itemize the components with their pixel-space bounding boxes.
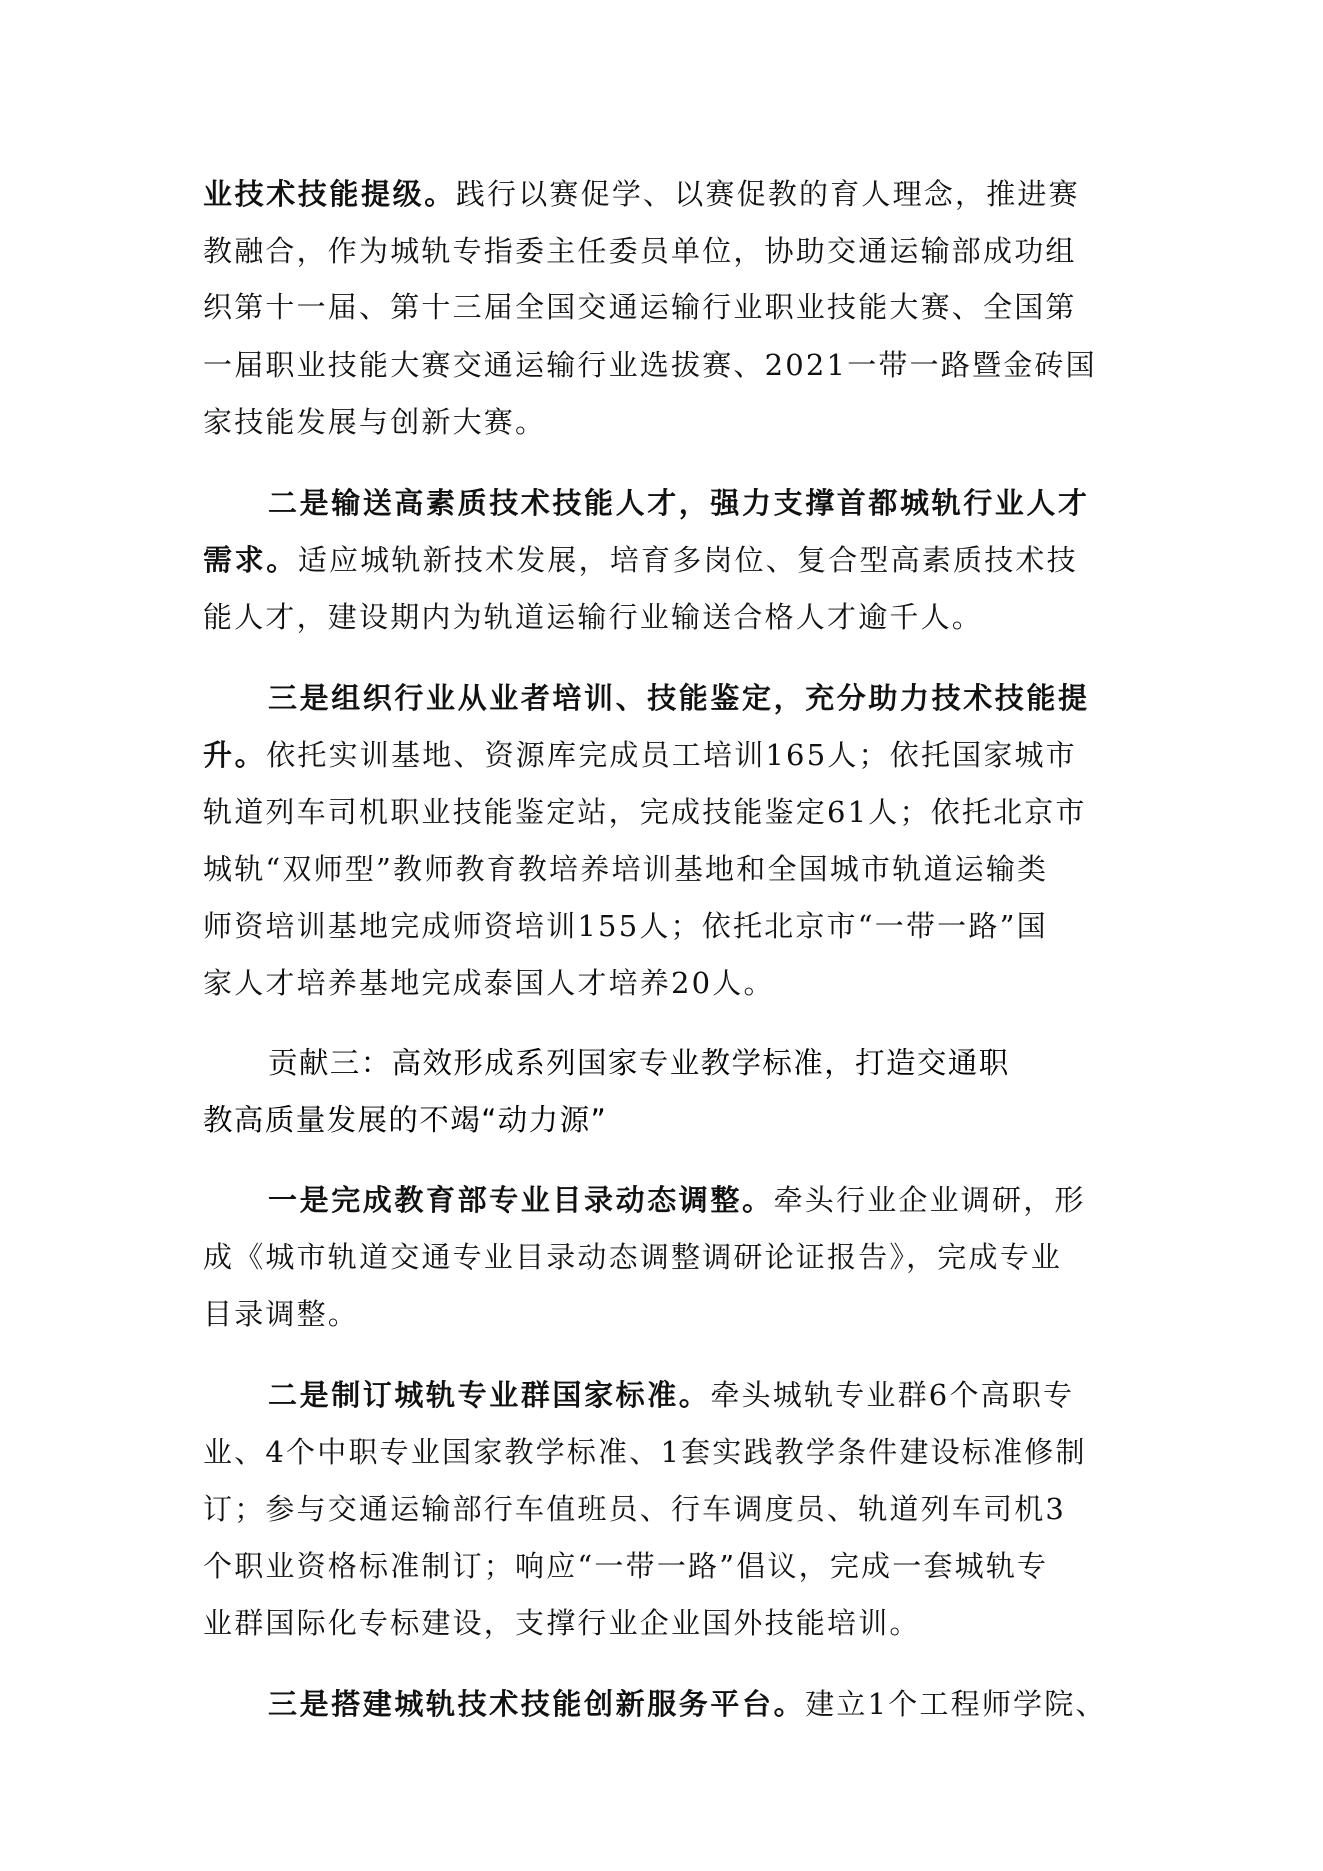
text-line: 能人才，建设期内为轨道运输行业输送合格人才逾千人。	[203, 597, 1123, 637]
text-line: 轨道列车司机职业技能鉴定站，完成技能鉴定61人；依托北京市	[203, 792, 1123, 832]
body-text: 家技能发展与创新大赛。	[203, 405, 546, 439]
body-text: 牵头城轨专业群6个高职专	[710, 1378, 1074, 1412]
body-text: 织第十一届、第十三届全国交通运输行业职业技能大赛、全国第	[203, 290, 1077, 324]
bold-lead: 升。	[203, 738, 266, 772]
body-text: 家人才培养基地完成泰国人才培养20人。	[203, 966, 775, 1000]
text-line: 目录调整。	[203, 1294, 1123, 1334]
body-text: 业、4个中职专业国家教学标准、1套实践教学条件建设标准修制	[203, 1435, 1087, 1469]
text-line: 家人才培养基地完成泰国人才培养20人。	[203, 963, 1123, 1003]
body-text: 牵头行业企业调研，形	[774, 1183, 1086, 1217]
text-line: 成《城市轨道交通专业目录动态调整调研论证报告》，完成专业	[203, 1237, 1123, 1277]
text-line: 城轨“双师型”教师教育教培养培训基地和全国城市轨道运输类	[203, 849, 1123, 889]
text-line: 升。依托实训基地、资源库完成员工培训165人；依托国家城市	[203, 735, 1123, 775]
body-text: 个职业资格标准制订；响应“一带一路”倡议，完成一套城轨专	[203, 1549, 1048, 1583]
text-line: 订；参与交通运输部行车值班员、行车调度员、轨道列车司机3	[203, 1489, 1123, 1529]
body-text: 践行以赛促学、以赛促教的育人理念，推进赛	[456, 177, 1080, 211]
heading-line: 贡献三：高效形成系列国家专业教学标准，打造交通职	[268, 1043, 1123, 1083]
text-line: 三是搭建城轨技术技能创新服务平台。建立1个工程师学院、	[268, 1684, 1123, 1724]
document-page: 业技术技能提级。践行以赛促学、以赛促教的育人理念，推进赛 教融合，作为城轨专指委…	[0, 0, 1323, 1871]
bold-lead: 需求。	[203, 543, 298, 577]
heading-line: 教高质量发展的不竭“动力源”	[203, 1100, 1123, 1140]
text-line: 三是组织行业从业者培训、技能鉴定，充分助力技术技能提	[268, 678, 1123, 718]
text-line: 织第十一届、第十三届全国交通运输行业职业技能大赛、全国第	[203, 287, 1123, 327]
body-text: 订；参与交通运输部行车值班员、行车调度员、轨道列车司机3	[203, 1492, 1066, 1526]
text-line: 家技能发展与创新大赛。	[203, 402, 1123, 442]
body-text: 教融合，作为城轨专指委主任委员单位，协助交通运输部成功组	[203, 234, 1077, 268]
body-text: 城轨“双师型”教师教育教培养培训基地和全国城市轨道运输类	[203, 852, 1048, 886]
text-line: 一是完成教育部专业目录动态调整。牵头行业企业调研，形	[268, 1180, 1123, 1220]
text-line: 教融合，作为城轨专指委主任委员单位，协助交通运输部成功组	[203, 231, 1123, 271]
body-text: 建立1个工程师学院、	[805, 1687, 1106, 1721]
bold-lead: 三是组织行业从业者培训、技能鉴定，充分助力技术技能提	[268, 681, 1090, 715]
body-text: 能人才，建设期内为轨道运输行业输送合格人才逾千人。	[203, 600, 983, 634]
body-text: 轨道列车司机职业技能鉴定站，完成技能鉴定61人；依托北京市	[203, 795, 1087, 829]
bold-lead: 业技术技能提级。	[203, 177, 456, 211]
text-line: 一届职业技能大赛交通运输行业选拔赛、2021一带一路暨金砖国	[203, 345, 1123, 385]
text-line: 需求。适应城轨新技术发展，培育多岗位、复合型高素质技术技	[203, 540, 1123, 580]
text-line: 师资培训基地完成师资培训155人；依托北京市“一带一路”国	[203, 906, 1123, 946]
bold-lead: 二是输送高素质技术技能人才，强力支撑首都城轨行业人才	[268, 486, 1090, 520]
text-line: 业、4个中职专业国家教学标准、1套实践教学条件建设标准修制	[203, 1432, 1123, 1472]
text-line: 二是输送高素质技术技能人才，强力支撑首都城轨行业人才	[268, 483, 1123, 523]
body-text: 成《城市轨道交通专业目录动态调整调研论证报告》，完成专业	[203, 1240, 1062, 1274]
bold-lead: 二是制订城轨专业群国家标准。	[268, 1378, 710, 1412]
text-line: 业技术技能提级。践行以赛促学、以赛促教的育人理念，推进赛	[203, 174, 1123, 214]
body-text: 依托实训基地、资源库完成员工培训165人；依托国家城市	[266, 738, 1077, 772]
body-text: 适应城轨新技术发展，培育多岗位、复合型高素质技术技	[298, 543, 1078, 577]
body-text: 师资培训基地完成师资培训155人；依托北京市“一带一路”国	[203, 909, 1048, 943]
bold-lead: 一是完成教育部专业目录动态调整。	[268, 1183, 774, 1217]
text-line: 二是制订城轨专业群国家标准。牵头城轨专业群6个高职专	[268, 1375, 1123, 1415]
bold-lead: 三是搭建城轨技术技能创新服务平台。	[268, 1687, 805, 1721]
body-text: 一届职业技能大赛交通运输行业选拔赛、2021一带一路暨金砖国	[203, 348, 1097, 382]
body-text: 目录调整。	[203, 1297, 359, 1331]
body-text: 业群国际化专标建设，支撑行业企业国外技能培训。	[203, 1606, 921, 1640]
text-line: 业群国际化专标建设，支撑行业企业国外技能培训。	[203, 1603, 1123, 1643]
text-line: 个职业资格标准制订；响应“一带一路”倡议，完成一套城轨专	[203, 1546, 1123, 1586]
